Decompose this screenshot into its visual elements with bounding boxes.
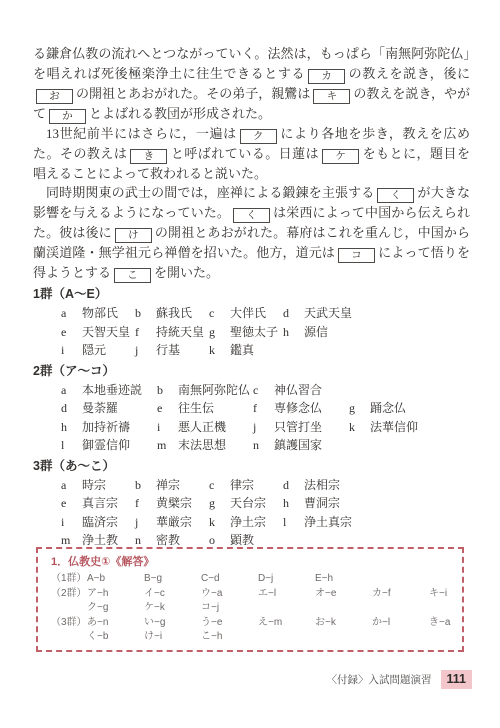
answer-group-label: [51, 601, 87, 616]
item-label: 律宗: [230, 476, 254, 495]
answer-pair: く−b: [87, 630, 144, 645]
list-item: c大伴氏: [209, 304, 283, 323]
list-item: h加持祈禱: [61, 418, 157, 437]
item-letter: j: [135, 341, 156, 360]
answer-pair: う−e: [201, 616, 258, 631]
list-item: i悪人正機: [157, 418, 253, 437]
answer-pair: A−b: [87, 572, 144, 587]
item-label: 末法思想: [178, 436, 226, 455]
scanned-textbook-page: る鎌倉仏教の流れへとつながっていく。法然は，もっぱら「南無阿弥陀仏」を唱えれば死…: [0, 0, 500, 728]
item-letter: d: [283, 304, 304, 323]
item-label: 黄檗宗: [156, 494, 192, 513]
blank-box: ケ: [322, 149, 359, 164]
item-label: 大伴氏: [230, 304, 266, 323]
answer-row: ク−g ケ−k コ−j: [51, 601, 456, 616]
item-label: 聖徳太子: [230, 323, 278, 342]
group-3-title: 3群（あ〜こ）: [33, 457, 470, 476]
text-run: とよばれる教団が形成された。: [89, 106, 271, 121]
blank-box: ク: [240, 129, 277, 144]
blank-box: お: [36, 89, 73, 104]
item-letter: i: [61, 513, 82, 532]
list-item: m末法思想: [157, 436, 253, 455]
list-item: n鎮護国家: [253, 436, 349, 455]
answer-group-label: （1群）: [51, 572, 87, 587]
item-label: 浄土真宗: [304, 513, 352, 532]
answer-pair: こ−h: [201, 630, 258, 645]
item-label: 臨済宗: [82, 513, 118, 532]
text-run: 13世紀前半にはさらに，一遍は: [46, 126, 237, 141]
group-row: e天智天皇 f持統天皇 g聖徳太子 h源信: [33, 323, 470, 342]
item-letter: h: [61, 418, 82, 437]
item-letter: n: [253, 436, 274, 455]
list-item: k法華信仰: [349, 418, 445, 437]
paragraph: 13世紀前半にはさらに，一遍はクにより各地を歩き，教えを広めた。その教えはきと呼…: [33, 124, 470, 184]
item-letter: c: [209, 304, 230, 323]
list-item: f持統天皇: [135, 323, 209, 342]
list-item: f黄檗宗: [135, 494, 209, 513]
item-label: 御霊信仰: [82, 436, 130, 455]
answer-pair: ウ−a: [201, 587, 258, 602]
item-letter: d: [61, 399, 82, 418]
list-item: d法相宗: [283, 476, 357, 495]
list-item: e真言宗: [61, 494, 135, 513]
item-letter: a: [61, 381, 82, 400]
group-1-title: 1群（A〜E）: [33, 285, 470, 304]
item-label: 加持祈禱: [82, 418, 130, 437]
list-item: b南無阿弥陀仏: [157, 381, 253, 400]
item-letter: k: [209, 513, 230, 532]
item-letter: k: [349, 418, 370, 437]
item-label: 只管打坐: [274, 418, 322, 437]
item-label: 往生伝: [178, 399, 214, 418]
list-item: c律宗: [209, 476, 283, 495]
answer-pair: キ−i: [429, 587, 486, 602]
answer-pair: イ−c: [144, 587, 201, 602]
item-letter: a: [61, 304, 82, 323]
item-letter: j: [135, 513, 156, 532]
list-item: f専修念仏: [253, 399, 349, 418]
list-item: g天台宗: [209, 494, 283, 513]
item-letter: b: [135, 476, 156, 495]
item-letter: b: [157, 381, 178, 400]
answer-pair: C−d: [201, 572, 258, 587]
page-number-badge: 111: [441, 670, 472, 689]
item-label: 浄土宗: [230, 513, 266, 532]
list-item: b禅宗: [135, 476, 209, 495]
answer-group-label: （3群）: [51, 616, 87, 631]
item-label: 神仏習合: [274, 381, 322, 400]
footer-section-label: 〈付録〉入試問題演習: [327, 672, 432, 687]
list-item: c神仏習合: [253, 381, 349, 400]
answer-pair: E−h: [315, 572, 372, 587]
answer-row: （3群） あ−n い−g う−e え−m お−k か−l き−a: [51, 616, 456, 631]
group-2-list: a本地垂迹説 b南無阿弥陀仏 c神仏習合 d曼荼羅 e往生伝 f専修念仏 g踊念…: [33, 381, 470, 455]
item-letter: k: [209, 341, 230, 360]
item-letter: f: [253, 399, 274, 418]
list-item: e天智天皇: [61, 323, 135, 342]
list-item: e往生伝: [157, 399, 253, 418]
group-row: d曼荼羅 e往生伝 f専修念仏 g踊念仏: [33, 399, 470, 418]
item-label: 悪人正機: [178, 418, 226, 437]
item-letter: h: [283, 323, 304, 342]
item-letter: l: [61, 436, 82, 455]
item-label: 蘇我氏: [156, 304, 192, 323]
answer-row: （2群） ア−h イ−c ウ−a エ−l オ−e カ−f キ−i: [51, 587, 456, 602]
answer-pair: エ−l: [258, 587, 315, 602]
answer-pair: オ−e: [315, 587, 372, 602]
answer-pair: お−k: [315, 616, 372, 631]
item-letter: i: [157, 418, 178, 437]
list-item: i臨済宗: [61, 513, 135, 532]
blank-box: く: [377, 188, 414, 203]
list-item: a物部氏: [61, 304, 135, 323]
item-letter: g: [209, 323, 230, 342]
list-item: l御霊信仰: [61, 436, 157, 455]
item-letter: h: [283, 494, 304, 513]
item-letter: c: [253, 381, 274, 400]
group-row: a物部氏 b蘇我氏 c大伴氏 d天武天皇: [33, 304, 470, 323]
item-label: 源信: [304, 323, 328, 342]
item-label: 行基: [156, 341, 180, 360]
item-label: 本地垂迹説: [82, 381, 142, 400]
list-item: l浄土真宗: [283, 513, 357, 532]
answer-pair: ケ−k: [144, 601, 201, 616]
item-label: 踊念仏: [370, 399, 406, 418]
item-letter: e: [61, 323, 82, 342]
list-item: g踊念仏: [349, 399, 445, 418]
item-label: 法華信仰: [370, 418, 418, 437]
answer-pair: い−g: [144, 616, 201, 631]
item-label: 曹洞宗: [304, 494, 340, 513]
list-item: h源信: [283, 323, 357, 342]
answer-pair: あ−n: [87, 616, 144, 631]
group-3-list: a時宗 b禅宗 c律宗 d法相宗 e真言宗 f黄檗宗 g天台宗 h曹洞宗 i臨済…: [33, 476, 470, 550]
answer-box-title: 1．仏教史①《解答》: [51, 555, 456, 570]
group-row: a本地垂迹説 b南無阿弥陀仏 c神仏習合: [33, 381, 470, 400]
answer-pair: え−m: [258, 616, 315, 631]
item-letter: j: [253, 418, 274, 437]
answer-pair: け−i: [144, 630, 201, 645]
answer-pair: ア−h: [87, 587, 144, 602]
list-item: a本地垂迹説: [61, 381, 157, 400]
blank-box: カ: [308, 69, 345, 84]
item-label: 真言宗: [82, 494, 118, 513]
item-letter: g: [349, 399, 370, 418]
group-row: a時宗 b禅宗 c律宗 d法相宗: [33, 476, 470, 495]
answer-pair: き−a: [429, 616, 486, 631]
group-row: h加持祈禱 i悪人正機 j只管打坐 k法華信仰: [33, 418, 470, 437]
list-item: a時宗: [61, 476, 135, 495]
item-letter: l: [283, 513, 304, 532]
answer-pair: か−l: [372, 616, 429, 631]
group-1-list: a物部氏 b蘇我氏 c大伴氏 d天武天皇 e天智天皇 f持統天皇 g聖徳太子 h…: [33, 304, 470, 360]
list-item: j行基: [135, 341, 209, 360]
blank-box: け: [115, 228, 152, 243]
group-row: l御霊信仰 m末法思想 n鎮護国家: [33, 436, 470, 455]
item-label: 天武天皇: [304, 304, 352, 323]
answer-group-label: （2群）: [51, 587, 87, 602]
item-letter: m: [157, 436, 178, 455]
text-run: を開いた。: [154, 265, 219, 280]
item-letter: i: [61, 341, 82, 360]
item-label: 華厳宗: [156, 513, 192, 532]
item-letter: f: [135, 323, 156, 342]
page-footer: 〈付録〉入試問題演習 111: [327, 670, 472, 689]
item-letter: g: [209, 494, 230, 513]
answer-row: く−b け−i こ−h: [51, 630, 456, 645]
list-item: d天武天皇: [283, 304, 357, 323]
item-letter: e: [61, 494, 82, 513]
answer-pair: コ−j: [201, 601, 258, 616]
group-2-title: 2群（ア〜コ）: [33, 362, 470, 381]
list-item: k鑑真: [209, 341, 283, 360]
item-letter: d: [283, 476, 304, 495]
blank-box: か: [49, 109, 86, 124]
list-item: b蘇我氏: [135, 304, 209, 323]
item-label: 隠元: [82, 341, 106, 360]
answer-pair: B−g: [144, 572, 201, 587]
answer-group-label: [51, 630, 87, 645]
answer-row: （1群） A−b B−g C−d D−j E−h: [51, 572, 456, 587]
item-label: 法相宗: [304, 476, 340, 495]
item-label: 南無阿弥陀仏: [178, 381, 250, 400]
item-letter: a: [61, 476, 82, 495]
paragraph: 同時期関東の武士の間では，座禅による鍛錬を主張するくが大きな影響を与えるようにな…: [33, 183, 470, 283]
text-run: の教えを説き，後に: [348, 66, 470, 81]
list-item: h曹洞宗: [283, 494, 357, 513]
item-label: 天智天皇: [82, 323, 130, 342]
group-row: i隠元 j行基 k鑑真: [33, 341, 470, 360]
text-run: の開祖とあおがれた。その弟子，親鸞は: [76, 86, 310, 101]
item-label: 持統天皇: [156, 323, 204, 342]
list-item: j華厳宗: [135, 513, 209, 532]
answer-pair: D−j: [258, 572, 315, 587]
item-label: 鎮護国家: [274, 436, 322, 455]
text-run: 同時期関東の武士の間では，座禅による鍛錬を主張する: [46, 185, 374, 200]
item-letter: e: [157, 399, 178, 418]
item-letter: b: [135, 304, 156, 323]
item-label: 曼荼羅: [82, 399, 118, 418]
answer-pair: ク−g: [87, 601, 144, 616]
item-label: 時宗: [82, 476, 106, 495]
paragraph: る鎌倉仏教の流れへとつながっていく。法然は，もっぱら「南無阿弥陀仏」を唱えれば死…: [33, 44, 470, 124]
group-row: i臨済宗 j華厳宗 k浄土宗 l浄土真宗: [33, 513, 470, 532]
blank-box: こ: [114, 268, 151, 283]
list-item: d曼荼羅: [61, 399, 157, 418]
blank-box: く: [233, 208, 270, 223]
blank-box: キ: [313, 89, 350, 104]
list-item: k浄土宗: [209, 513, 283, 532]
item-label: 禅宗: [156, 476, 180, 495]
item-label: 専修念仏: [274, 399, 322, 418]
list-item: g聖徳太子: [209, 323, 283, 342]
answer-pair: カ−f: [372, 587, 429, 602]
text-run: と呼ばれている。日蓮は: [170, 146, 319, 161]
group-row: e真言宗 f黄檗宗 g天台宗 h曹洞宗: [33, 494, 470, 513]
blank-box: コ: [338, 248, 375, 263]
item-label: 鑑真: [230, 341, 254, 360]
list-item: j只管打坐: [253, 418, 349, 437]
item-letter: f: [135, 494, 156, 513]
blank-box: き: [130, 149, 167, 164]
item-label: 天台宗: [230, 494, 266, 513]
list-item: i隠元: [61, 341, 135, 360]
item-letter: c: [209, 476, 230, 495]
page-content: る鎌倉仏教の流れへとつながっていく。法然は，もっぱら「南無阿弥陀仏」を唱えれば死…: [33, 44, 470, 550]
item-label: 物部氏: [82, 304, 118, 323]
answer-box: 1．仏教史①《解答》 （1群） A−b B−g C−d D−j E−h （2群）…: [36, 547, 464, 652]
